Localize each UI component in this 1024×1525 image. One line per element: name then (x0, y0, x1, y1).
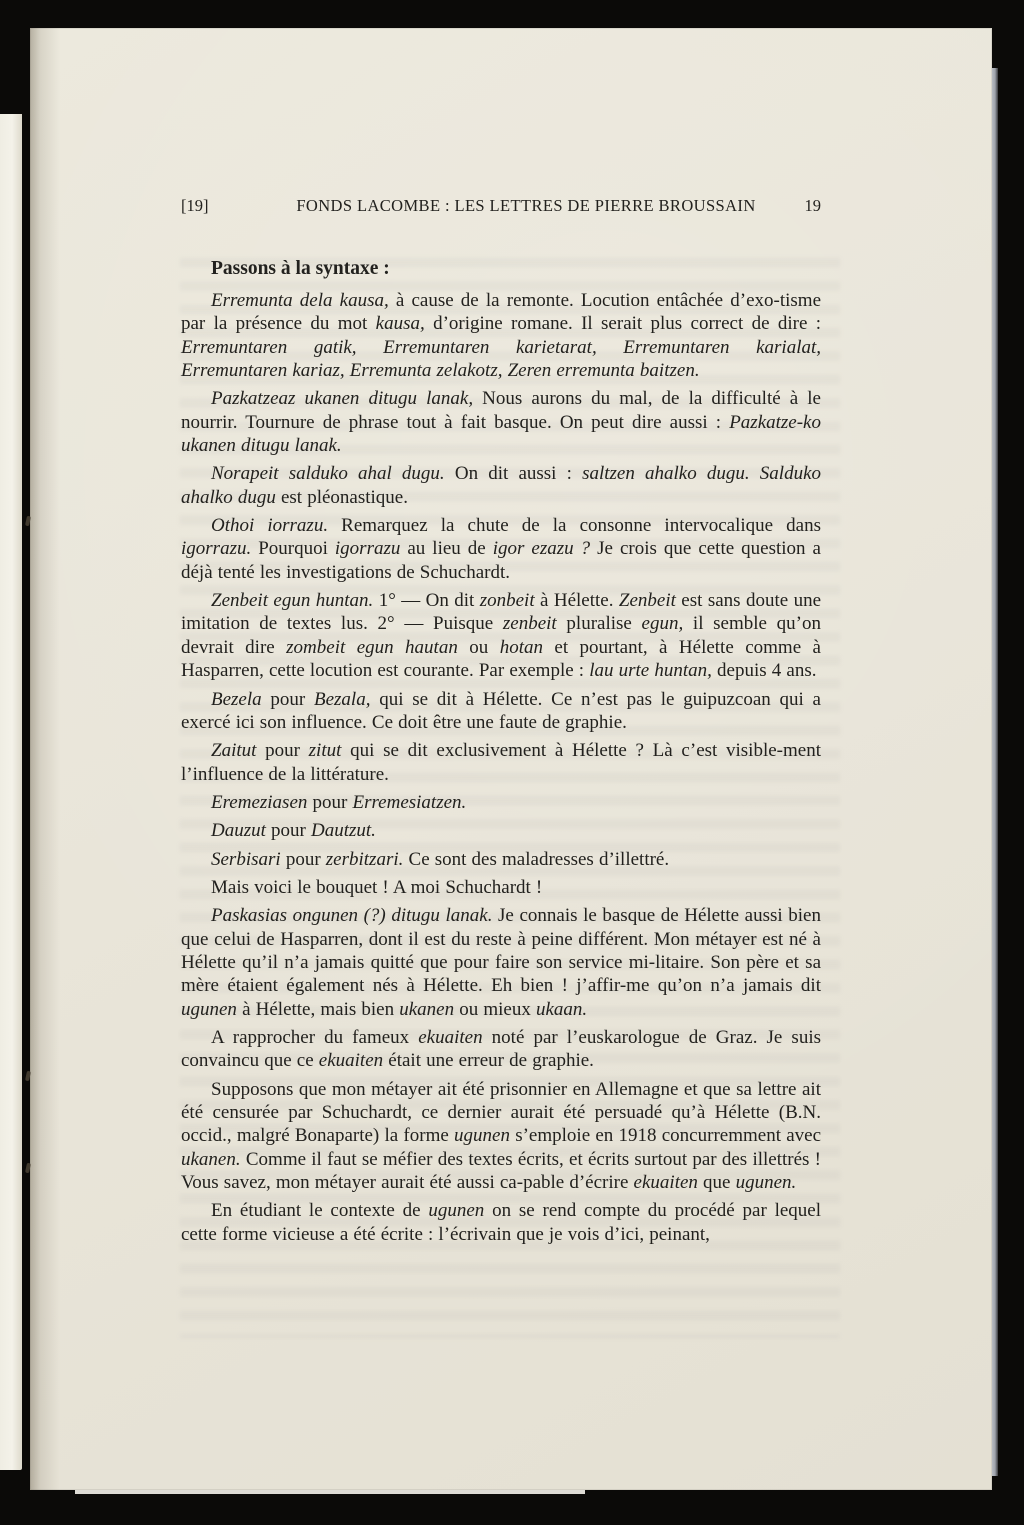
text-column: [19] FONDS LACOMBE : LES LETTRES DE PIER… (181, 196, 821, 1251)
scan-background: { "document": { "header": { "index_label… (0, 0, 1024, 1525)
paragraph: Pazkatzeaz ukanen ditugu lanak, Nous aur… (181, 387, 821, 457)
paragraph: Zenbeit egun huntan. 1° — On dit zonbeit… (181, 589, 821, 682)
paragraph: En étudiant le contexte de ugunen on se … (181, 1199, 821, 1246)
paragraph: Eremeziasen pour Erremesiatzen. (181, 791, 821, 814)
book-page: [19] FONDS LACOMBE : LES LETTRES DE PIER… (30, 28, 992, 1490)
paragraph: Serbisari pour zerbitzari. Ce sont des m… (181, 848, 821, 871)
paragraph: Supposons que mon métayer ait été prison… (181, 1078, 821, 1195)
paragraph: Zaitut pour zitut qui se dit exclusiveme… (181, 739, 821, 786)
paragraph: Othoi iorrazu. Remarquez la chute de la … (181, 514, 821, 584)
paragraph: Paskasias ongunen (?) ditugu lanak. Je c… (181, 904, 821, 1021)
paragraph: Dauzut pour Dautzut. (181, 819, 821, 842)
paragraph: Mais voici le bouquet ! A moi Schuchardt… (181, 876, 821, 899)
paragraph: Norapeit salduko ahal dugu. On dit aussi… (181, 462, 821, 509)
page-bottom-edge (75, 1490, 585, 1494)
paragraph: Bezela pour Bezala, qui se dit à Hélette… (181, 688, 821, 735)
paragraph: A rapprocher du fameux ekuaiten noté par… (181, 1026, 821, 1073)
section-heading: Passons à la syntaxe : (181, 257, 821, 280)
binding-gutter-shadow (30, 28, 60, 1490)
body-paragraphs: Erremunta dela kausa, à cause de la remo… (181, 289, 821, 1246)
previous-page-edge (0, 114, 22, 1470)
page-number: 19 (781, 196, 821, 216)
page-stack-edge (992, 68, 998, 1476)
paragraph: Erremunta dela kausa, à cause de la remo… (181, 289, 821, 382)
running-head: [19] FONDS LACOMBE : LES LETTRES DE PIER… (181, 196, 821, 216)
folio-index: [19] (181, 196, 271, 216)
running-title: FONDS LACOMBE : LES LETTRES DE PIERRE BR… (271, 196, 781, 216)
